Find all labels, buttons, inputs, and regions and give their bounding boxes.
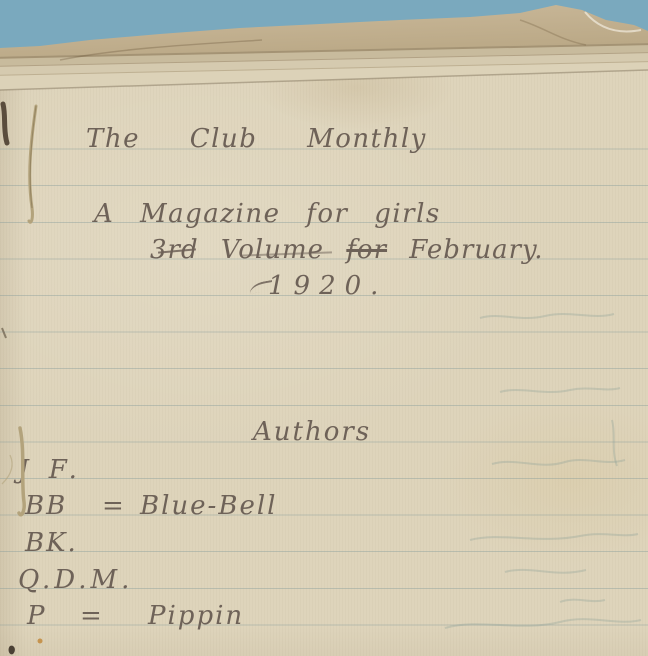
author-row: BB = Blue-Bell [0,491,648,523]
volume-word: Volume [221,235,324,265]
author-name: Blue-Bell [140,491,277,521]
authors-heading: Authors [253,417,371,447]
equals-sign: = [80,601,102,631]
author-initials: P [27,601,45,631]
year-line: 1920. [268,271,387,301]
equals-sign: = [102,491,124,521]
author-name: Pippin [148,601,244,631]
title-line: The Club Monthly [86,124,427,154]
author-row: J F. [0,455,648,487]
author-initials: BK. [25,528,78,558]
volume-month-word: February. [409,235,543,265]
notebook-photo-scene: The Club Monthly A Magazine for girls 3r… [0,0,648,656]
author-row: P = Pippin [0,601,648,633]
author-row: Q.D.M. [0,565,648,597]
author-initials: BB [25,491,67,521]
volume-line: 3rd Volume for February. [150,235,544,265]
subtitle-line: A Magazine for girls [94,199,441,229]
author-row: BK. [0,528,648,560]
author-initials: J F. [18,455,83,485]
author-initials: Q.D.M. [18,565,133,595]
volume-struck-word: for [346,235,387,265]
